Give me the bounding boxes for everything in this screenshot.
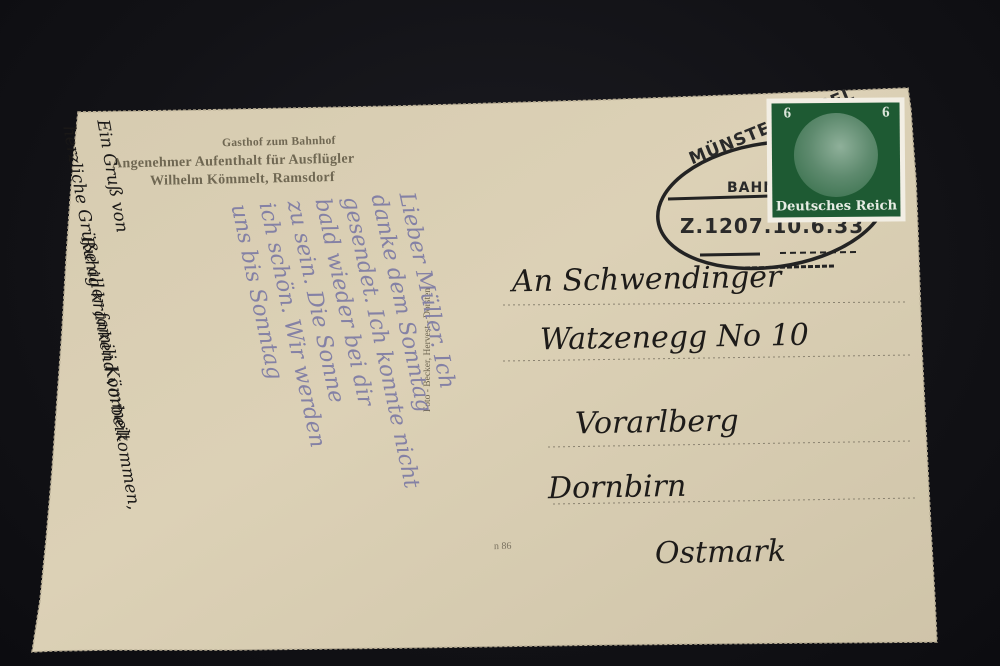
stamp-value-left: 6	[784, 105, 792, 122]
publisher-imprint: Foto - Becker, Hervest - Dorsten	[423, 288, 433, 412]
stamp-value-right: 6	[882, 105, 890, 122]
postage-stamp: 6 6 Deutsches Reich	[766, 97, 905, 222]
stamp-country-label: Deutsches Reich	[772, 198, 900, 214]
stamp-frame: 6 6 Deutsches Reich	[772, 102, 901, 217]
portrait-medallion-icon	[794, 113, 879, 198]
postcard: Gasthof zum Bahnhof Angenehmer Aufenthal…	[0, 0, 1000, 666]
header-inn-name: Gasthof zum Bahnhof	[222, 135, 336, 149]
card-number: n 86	[494, 541, 512, 552]
